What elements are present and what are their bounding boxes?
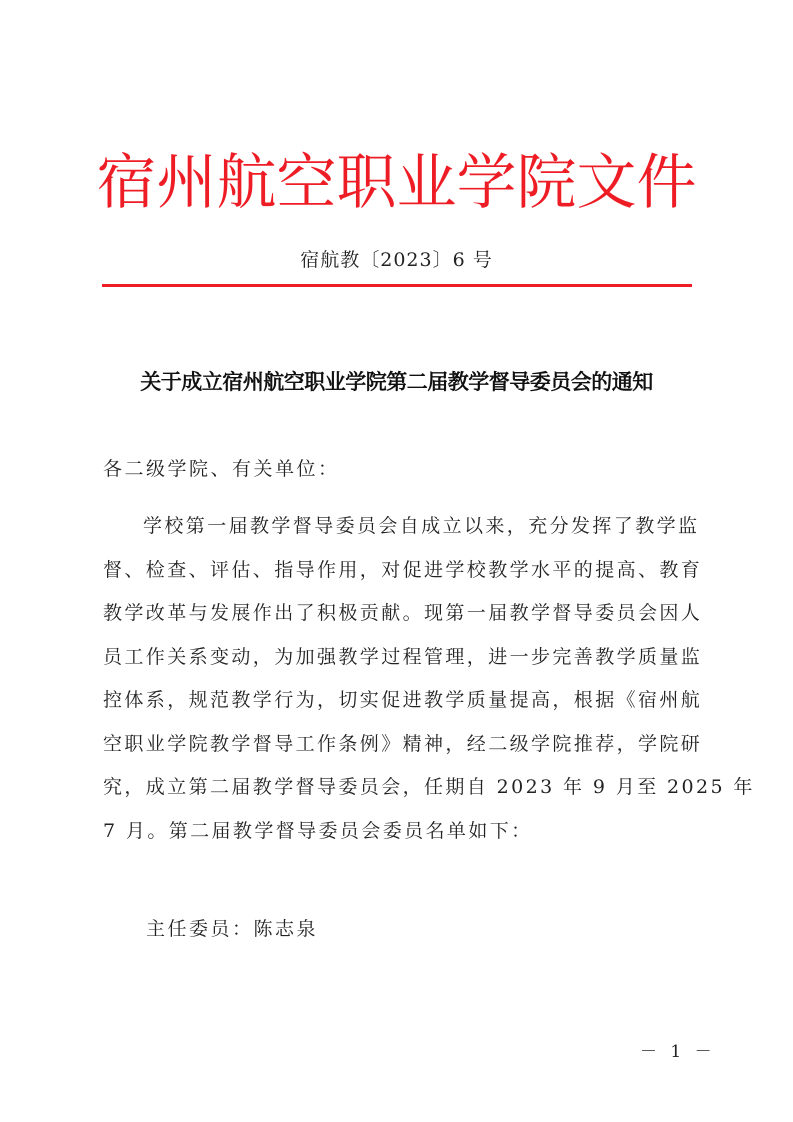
notice-title: 关于成立宿州航空职业学院第二届教学督导委员会的通知 — [0, 366, 793, 398]
paragraph-line: 空职业学院教学督导工作条例》精神，经二级学院推荐，学院研 — [103, 723, 693, 767]
document-number: 宿航教〔2023〕6 号 — [0, 246, 793, 274]
director-line: 主任委员：陈志泉 — [146, 914, 736, 944]
notice-paragraph: 学校第一届教学督导委员会自成立以来，充分发挥了教学监 督、检查、评估、指导作用，… — [103, 505, 693, 853]
page-number: － 1 － — [640, 1040, 716, 1064]
paragraph-line: 7 月。第二届教学督导委员会委员名单如下： — [103, 810, 693, 854]
document-masthead: 宿州航空职业学院文件 — [0, 148, 793, 218]
paragraph-line: 究，成立第二届教学督导委员会，任期自 2023 年 9 月至 2025 年 — [103, 766, 693, 810]
paragraph-line: 教学改革与发展作出了积极贡献。现第一届教学督导委员会因人 — [103, 592, 693, 636]
salutation: 各二级学院、有关单位： — [103, 454, 693, 484]
paragraph-line: 控体系，规范教学行为，切实促进教学质量提高，根据《宿州航 — [103, 679, 693, 723]
red-divider-rule — [102, 284, 692, 287]
paragraph-line: 学校第一届教学督导委员会自成立以来，充分发挥了教学监 — [103, 505, 693, 549]
paragraph-line: 员工作关系变动，为加强教学过程管理，进一步完善教学质量监 — [103, 636, 693, 680]
paragraph-line: 督、检查、评估、指导作用，对促进学校教学水平的提高、教育 — [103, 549, 693, 593]
